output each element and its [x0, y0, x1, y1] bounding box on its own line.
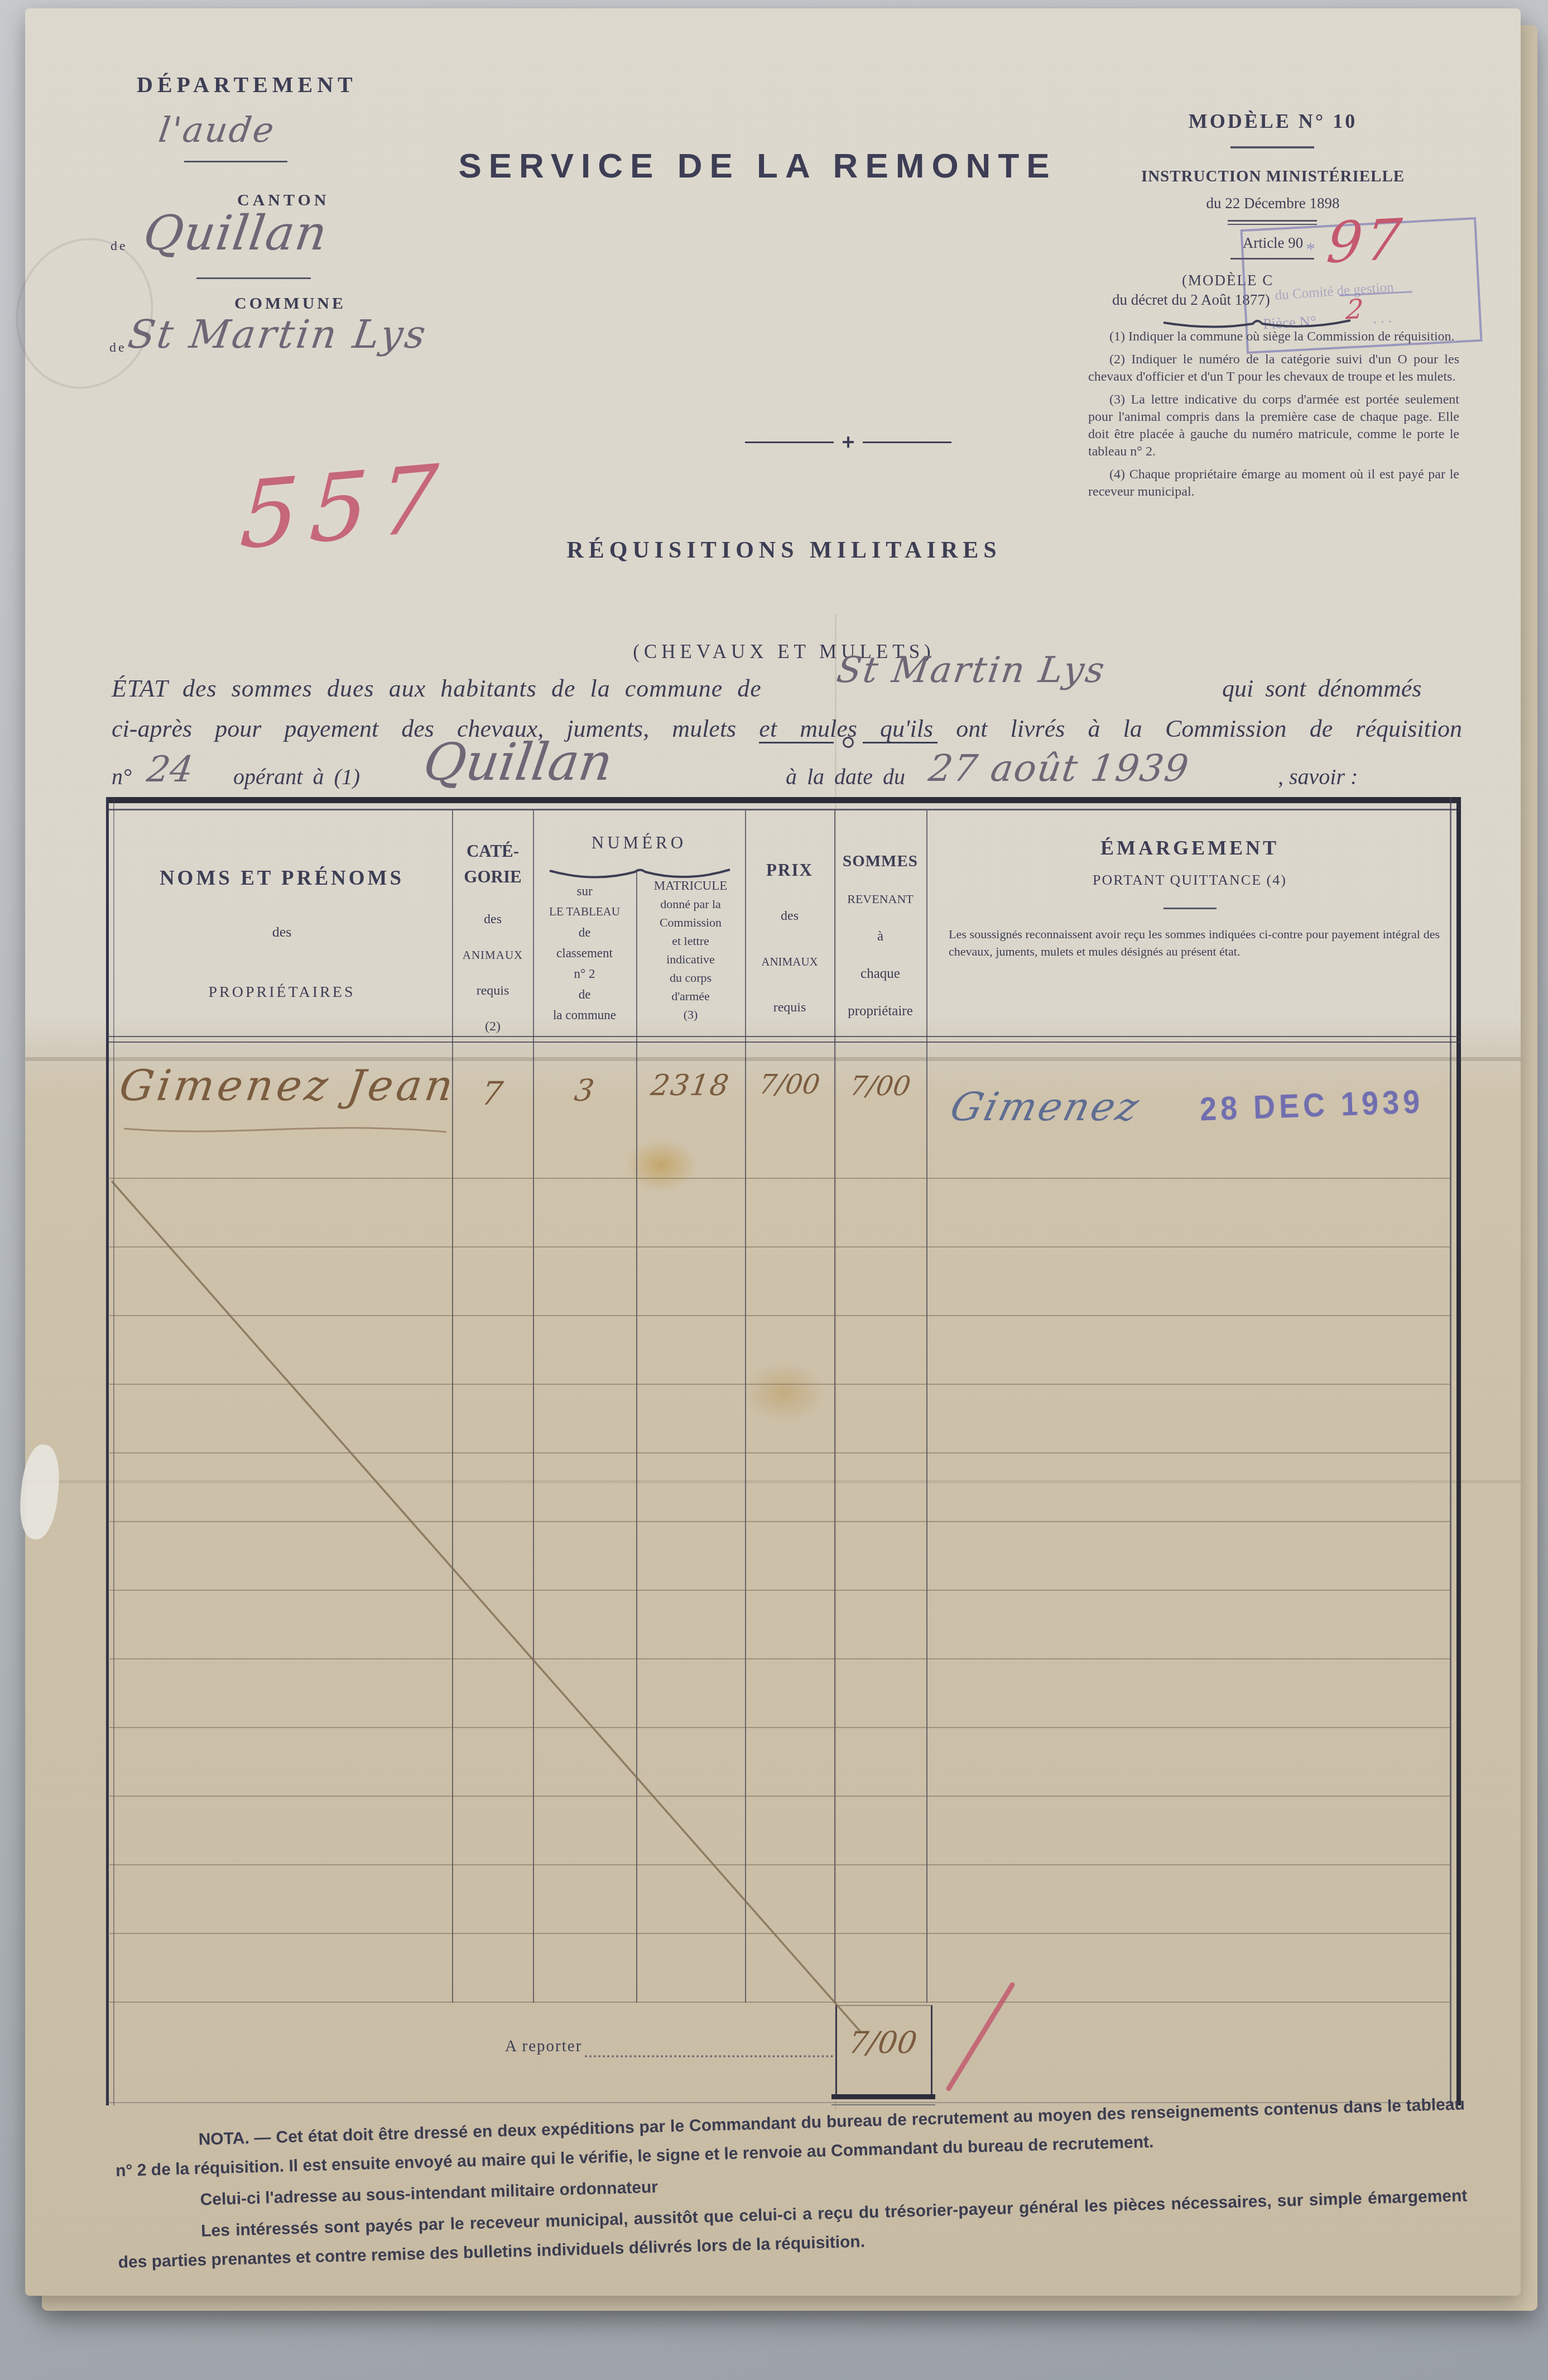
table-border-top-inner [106, 809, 1461, 810]
footnotes: (1) Indiquer la commune où siège la Comm… [1088, 328, 1459, 506]
modele-number: MODÈLE N° 10 [1085, 109, 1460, 133]
department-label: DÉPARTEMENT [137, 71, 357, 98]
row1-signature: Gimenez [946, 1084, 1146, 1130]
rule [196, 277, 311, 279]
stamp-piece-dots: . . . [1372, 309, 1392, 327]
footnote-1: (1) Indiquer la commune où siège la Comm… [1088, 328, 1459, 346]
document-photo: DÉPARTEMENT l'aude CANTON de Quillan COM… [0, 0, 1548, 2380]
etat-seg5: à la date du [786, 764, 905, 790]
col-emargement-title: ÉMARGEMENT [927, 836, 1452, 860]
col-sommes: SOMMES REVENANT à chaque propriétaire [835, 843, 925, 1030]
rule [1228, 220, 1317, 222]
canton-prefix: de [110, 239, 128, 254]
col-numero-title: NUMÉRO [550, 833, 728, 853]
etat-seg6: , savoir : [1278, 764, 1358, 790]
etat-lieu-handwritten: Quillan [420, 732, 616, 792]
rule [1228, 224, 1317, 225]
divider-cross [745, 436, 951, 448]
stamp-star: * [1306, 239, 1316, 261]
row1-tableau: 3 [532, 1073, 637, 1108]
sum-box-bottom [831, 2094, 935, 2099]
commune-label: COMMUNE [234, 294, 346, 313]
header-bottom-rule [106, 1042, 1461, 1043]
row1-date-stamp: 28 DEC 1939 [1199, 1083, 1424, 1129]
table-border-right-hairline [1450, 797, 1451, 2105]
etat-line2: ci-après pour payement des chevaux, jume… [112, 714, 1462, 743]
rule [1230, 146, 1314, 148]
reporter-label: A reporter [505, 2037, 582, 2056]
registry-number-red: 557 [238, 444, 452, 570]
etat-seg4: opérant à (1) [233, 764, 360, 790]
row1-matricule: 2318 [635, 1069, 746, 1102]
stamp-committee-line: du Comité de gestion [1275, 280, 1395, 304]
col-noms-proprietaires: PROPRIÉTAIRES [114, 983, 449, 1001]
row1-prix: 7/00 [744, 1069, 835, 1100]
row1-categorie: 7 [450, 1074, 534, 1112]
etat-seg2: qui sont dénommés [1222, 674, 1421, 703]
canton-value-handwritten: Quillan [140, 205, 331, 261]
row1-nom: Gimenez Jean [117, 1061, 459, 1110]
col-matricule-sub: MATRICULE donné par la Commission et let… [637, 876, 744, 1024]
cross-icon [843, 436, 854, 448]
table-ruled-rows [109, 1178, 1450, 2004]
etat-paragraph: ÉTAT des sommes dues aux habitants de la… [112, 659, 1462, 798]
divider-line [863, 442, 951, 443]
header-bottom-rule [106, 1036, 1461, 1037]
table-border-top [106, 797, 1461, 803]
stamp-number-red: 97 [1324, 206, 1407, 276]
footnote-2: (2) Indiquer le numéro de la catégorie s… [1088, 351, 1459, 386]
col-emargement-sub: PORTANT QUITTANCE (4) [927, 872, 1452, 889]
col-categorie-sub: des ANIMAUX requis (2) [453, 901, 532, 1044]
etat-seg1: ÉTAT des sommes dues aux habitants de la… [112, 674, 762, 703]
commune-value-handwritten: St Martin Lys [125, 311, 430, 357]
rule [1164, 908, 1217, 909]
col-prix: PRIX des ANIMAUX requis [746, 847, 833, 1030]
commune-prefix: de [109, 340, 127, 356]
table-border-left [106, 797, 109, 2105]
subtitle-requisitions: RÉQUISITIONS MILITAIRES [505, 537, 1063, 564]
col-noms-title: NOMS ET PRÉNOMS [114, 866, 449, 890]
reporter-dotted-leader [585, 2038, 833, 2057]
footnote-4: (4) Chaque propriétaire émarge au moment… [1088, 466, 1459, 501]
footnote-3: (3) La lettre indicative du corps d'armé… [1088, 391, 1459, 460]
rule [184, 161, 287, 162]
etat-commune-handwritten: St Martin Lys [834, 650, 1109, 691]
col-emargement-para: Les soussignés reconnaissent avoir reçu … [949, 925, 1440, 960]
department-value-handwritten: l'aude [156, 109, 278, 150]
row1-somme: 7/00 [833, 1071, 927, 1102]
table-border-right [1456, 797, 1461, 2105]
etat-date-handwritten: 27 août 1939 [926, 747, 1193, 790]
etat-seg3: n° [112, 764, 132, 790]
instruction-ministerielle: INSTRUCTION MINISTÉRIELLE [1085, 167, 1460, 186]
col-noms-des: des [114, 924, 449, 941]
col-tableau-sub: sur LE TABLEAU de classement n° 2 de la … [534, 881, 635, 1025]
page-title: SERVICE DE LA REMONTE [430, 146, 1085, 186]
sum-box [835, 2005, 932, 2096]
etat-num-handwritten: 24 [145, 749, 196, 790]
stamp-piece-value-red: 2 [1345, 294, 1364, 326]
col-categorie-title: CATÉ- GORIE [453, 838, 532, 890]
divider-line [745, 442, 834, 443]
